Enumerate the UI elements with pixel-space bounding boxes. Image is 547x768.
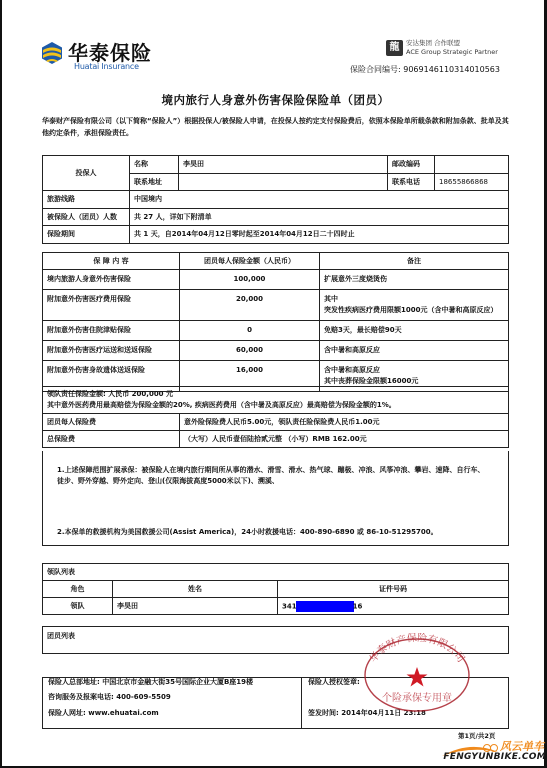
phone-value: 18655866868 <box>435 173 509 191</box>
period-label: 保险期间 <box>43 226 130 244</box>
leader-list-table: 领队列表 角色 姓名 证件号码 领队 李昊田 34116 <box>42 563 509 615</box>
website-link[interactable]: 保险人网址: www.ehuatai.com <box>48 708 159 718</box>
address-label: 联系地址 <box>130 173 179 191</box>
premium-table: 领队责任保险金额: 人民币 200,000 元 其中意外医药费用最高赔偿为保险金… <box>42 386 509 448</box>
postcode-value <box>435 156 509 174</box>
note-assistance: 2.本保单的救援机构为美国救援公司(Assist America)，24小时救援… <box>57 527 497 538</box>
ace-dragon-icon: 龍 <box>386 40 403 56</box>
partner-chinese: 安达集团 合作联盟 <box>406 38 460 47</box>
fengyunbike-watermark: 风云单车 FENGYUNBIKE.COM <box>430 738 547 766</box>
leader-name: 李昊田 <box>113 598 278 615</box>
address-value <box>179 173 388 191</box>
table-row: 附加意外伤害医疗运送和送返保险60,000含中暑和高原反应 <box>43 341 509 361</box>
svg-text:华泰财产保险有限公司: 华泰财产保险有限公司 <box>366 633 467 665</box>
postcode-label: 邮政编码 <box>388 156 435 174</box>
contract-number-value: 9069146110314010563 <box>403 65 500 74</box>
leader-list-title: 领队列表 <box>43 564 509 581</box>
coverage-amount: 20,000 <box>180 290 320 321</box>
coverage-note: 其中 突发性疾病医疗费用限额1000元（含中暑和高原反应） <box>320 290 509 321</box>
company-seal: 华泰财产保险有限公司 个险承保专用章 <box>357 633 477 713</box>
coverage-header-amount: 团员每人保险金额（人民币） <box>180 253 320 270</box>
leader-id-prefix: 341 <box>282 602 297 610</box>
coverage-table: 保 障 内 容 团员每人保险金额（人民币） 备注 境内旅游人身意外伤害保险100… <box>42 252 509 392</box>
leader-header-role: 角色 <box>43 581 113 598</box>
leader-liability-cell: 领队责任保险金额: 人民币 200,000 元 其中意外医药费用最高赔偿为保险金… <box>43 387 509 414</box>
intro-paragraph: 华泰财产保险有限公司（以下简称“保险人”）根据投保人/被保险人申请，在投保人按约… <box>42 115 512 139</box>
leader-liability-line2: 其中意外医药费用最高赔偿为保险金额的20%, 疾病医药费用（含中暑及高原反应）最… <box>47 400 504 411</box>
applicant-name: 李昊田 <box>179 156 388 174</box>
leader-id: 34116 <box>278 598 509 615</box>
leader-header-id: 证件号码 <box>278 581 509 598</box>
signature-label: 保险人授权签章: <box>308 677 360 687</box>
hq-address: 保险人总部地址: 中国北京市金融大街35号国际企业大厦B座19楼 <box>48 677 253 687</box>
premium-per-member-value: 意外险保险费人民币5.00元，领队责任险保险费人民币1.00元 <box>180 414 509 431</box>
name-label: 名称 <box>130 156 179 174</box>
contract-number-label: 保险合同编号: <box>350 65 401 74</box>
contract-number: 保险合同编号: 9069146110314010563 <box>350 64 500 75</box>
total-premium-label: 总保险费 <box>43 431 180 448</box>
coverage-item: 附加意外伤害医疗费用保险 <box>43 290 180 321</box>
table-row: 境内旅游人身意外伤害保险100,000扩展意外三度烧烫伤 <box>43 270 509 290</box>
special-notes: 1.上述保障范围扩展承保：被保险人在境内旅行期间所从事的潜水、滑雪、滑水、热气球… <box>42 451 509 546</box>
coverage-amount: 60,000 <box>180 341 320 361</box>
redaction-bar <box>296 601 354 612</box>
coverage-item: 附加意外伤害住院津贴保险 <box>43 321 180 341</box>
leader-role: 领队 <box>43 598 113 615</box>
insured-count-label: 被保险人（团员）人数 <box>43 208 130 226</box>
premium-per-member-label: 团员每人保险费 <box>43 414 180 431</box>
table-row: 附加意外伤害医疗费用保险20,000其中 突发性疾病医疗费用限额1000元（含中… <box>43 290 509 321</box>
coverage-header-note: 备注 <box>320 253 509 270</box>
huatai-logo: 华泰保险 Huatai Insurance <box>40 37 170 73</box>
seal-ring-text: 华泰财产保险有限公司 <box>366 633 467 665</box>
seal-center-text: 个险承保专用章 <box>382 691 452 704</box>
seal-star-icon <box>407 667 428 687</box>
route-label: 旅游线路 <box>43 191 130 209</box>
note-extended-coverage: 1.上述保障范围扩展承保：被保险人在境内旅行期间所从事的潜水、滑雪、滑水、热气球… <box>57 465 487 487</box>
logo-english-name: Huatai Insurance <box>74 62 139 71</box>
hotline: 咨询服务及报案电话: 400-609-5509 <box>48 692 171 702</box>
coverage-note: 扩展意外三度烧烫伤 <box>320 270 509 290</box>
applicant-table: 投保人 名称 李昊田 邮政编码 联系地址 联系电话 18655866868 旅游… <box>42 155 509 244</box>
leader-id-suffix: 16 <box>353 602 363 610</box>
table-row: 附加意外伤害住院津贴保险0免赔3天，最长赔偿90天 <box>43 321 509 341</box>
member-list-title: 团员列表 <box>47 632 75 640</box>
coverage-item: 附加意外伤害医疗运送和送返保险 <box>43 341 180 361</box>
coverage-header-item: 保 障 内 容 <box>43 253 180 270</box>
coverage-amount: 0 <box>180 321 320 341</box>
document-title: 境内旅行人身意外伤害保险保险单（团员） <box>2 92 547 108</box>
insurer-contact: 保险人总部地址: 中国北京市金融大街35号国际企业大厦B座19楼 咨询服务及报案… <box>43 678 302 728</box>
watermark-en: FENGYUNBIKE.COM <box>443 752 546 762</box>
coverage-note: 免赔3天，最长赔偿90天 <box>320 321 509 341</box>
leader-header-name: 姓名 <box>113 581 278 598</box>
coverage-item: 境内旅游人身意外伤害保险 <box>43 270 180 290</box>
coverage-amount: 100,000 <box>180 270 320 290</box>
huatai-hexagon-icon <box>40 41 64 65</box>
table-row: 领队 李昊田 34116 <box>43 598 509 615</box>
coverage-note: 含中暑和高原反应 <box>320 341 509 361</box>
ace-partner-badge: 龍 安达集团 合作联盟 ACE Group Strategic Partner <box>386 38 516 62</box>
phone-label: 联系电话 <box>388 173 435 191</box>
period-value: 共 1 天，自2014年04月12日零时起至2014年04月12日二十四时止 <box>130 226 509 244</box>
partner-english: ACE Group Strategic Partner <box>406 48 498 56</box>
applicant-label: 投保人 <box>43 156 130 191</box>
route-value: 中国境内 <box>130 191 509 209</box>
leader-liability-line1: 领队责任保险金额: 人民币 200,000 元 <box>47 389 504 400</box>
total-premium-value: （大写）人民币壹佰陆拾贰元整 （小写）RMB 162.00元 <box>180 431 509 448</box>
policy-page: 华泰保险 Huatai Insurance 龍 安达集团 合作联盟 ACE Gr… <box>0 0 547 768</box>
insured-count-value: 共 27 人，详如下附清单 <box>130 208 509 226</box>
